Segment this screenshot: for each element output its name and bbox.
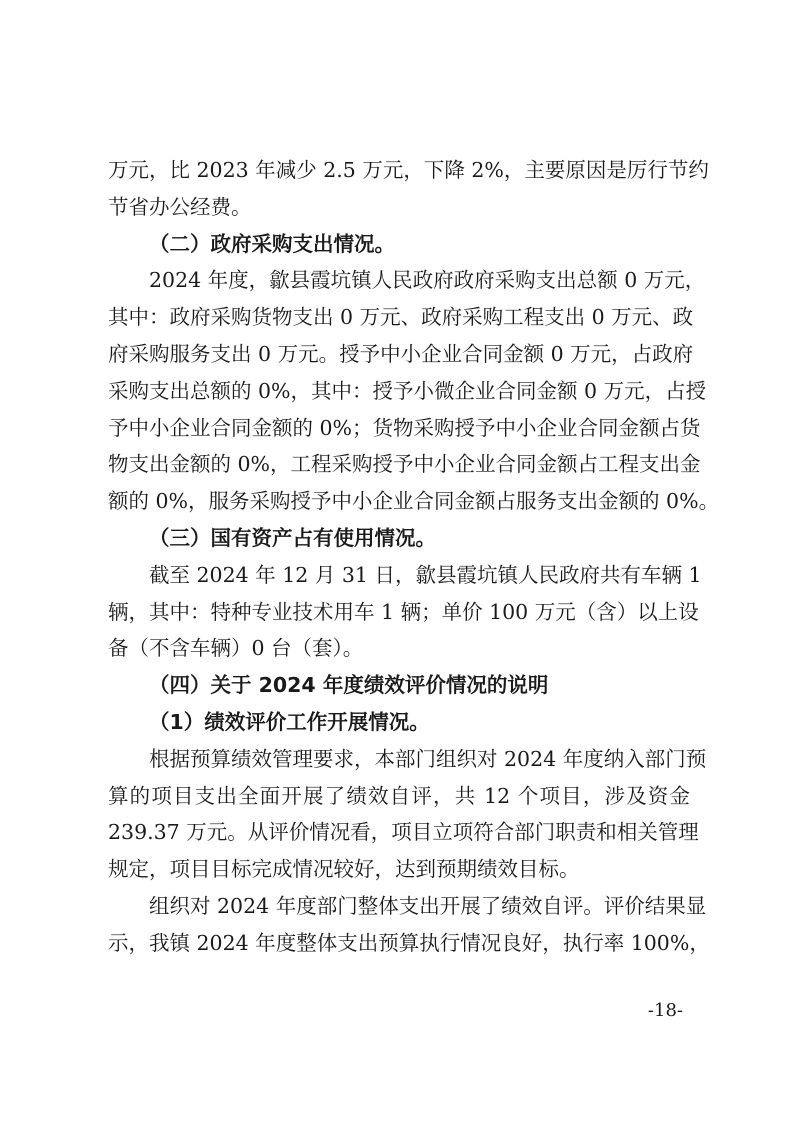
subsection-heading-evaluation-work: （1）绩效评价工作开展情况。	[108, 704, 690, 741]
paragraph-line: 备（不含车辆）0 台（套）。	[108, 630, 690, 667]
paragraph-line: 额的 0%，服务采购授予中小企业合同金额占服务支出金额的 0%。	[108, 483, 690, 520]
section-heading-performance-evaluation: （四）关于 2024 年度绩效评价情况的说明	[108, 667, 690, 704]
paragraph-line: 万元，比 2023 年减少 2.5 万元，下降 2%，主要原因是厉行节约	[108, 152, 690, 189]
paragraph-line: 府采购服务支出 0 万元。授予中小企业合同金额 0 万元，占政府	[108, 336, 690, 373]
section-heading-state-assets: （三）国有资产占有使用情况。	[108, 520, 690, 557]
section-heading-government-procurement: （二）政府采购支出情况。	[108, 226, 690, 263]
document-body: 万元，比 2023 年减少 2.5 万元，下降 2%，主要原因是厉行节约 节省办…	[108, 152, 690, 962]
paragraph-line: 组织对 2024 年度部门整体支出开展了绩效自评。评价结果显	[108, 888, 690, 925]
paragraph-line: 算的项目支出全面开展了绩效自评，共 12 个项目，涉及资金	[108, 778, 690, 815]
paragraph-line: 2024 年度，歙县霞坑镇人民政府政府采购支出总额 0 万元，	[108, 262, 690, 299]
paragraph-line: 规定，项目目标完成情况较好，达到预期绩效目标。	[108, 851, 690, 888]
paragraph-line: 239.37 万元。从评价情况看，项目立项符合部门职责和相关管理	[108, 814, 690, 851]
paragraph-line: 根据预算绩效管理要求，本部门组织对 2024 年度纳入部门预	[108, 741, 690, 778]
paragraph-line: 予中小企业合同金额的 0%；货物采购授予中小企业合同金额占货	[108, 410, 690, 447]
paragraph-line: 示，我镇 2024 年度整体支出预算执行情况良好，执行率 100%，	[108, 925, 690, 962]
paragraph-line: 采购支出总额的 0%，其中：授予小微企业合同金额 0 万元，占授	[108, 373, 690, 410]
page-number: -18-	[648, 1000, 683, 1021]
paragraph-line: 其中：政府采购货物支出 0 万元、政府采购工程支出 0 万元、政	[108, 299, 690, 336]
paragraph-line: 节省办公经费。	[108, 189, 690, 226]
paragraph-line: 截至 2024 年 12 月 31 日，歙县霞坑镇人民政府共有车辆 1	[108, 557, 690, 594]
paragraph-line: 物支出金额的 0%，工程采购授予中小企业合同金额占工程支出金	[108, 446, 690, 483]
paragraph-line: 辆，其中：特种专业技术用车 1 辆；单价 100 万元（含）以上设	[108, 594, 690, 631]
